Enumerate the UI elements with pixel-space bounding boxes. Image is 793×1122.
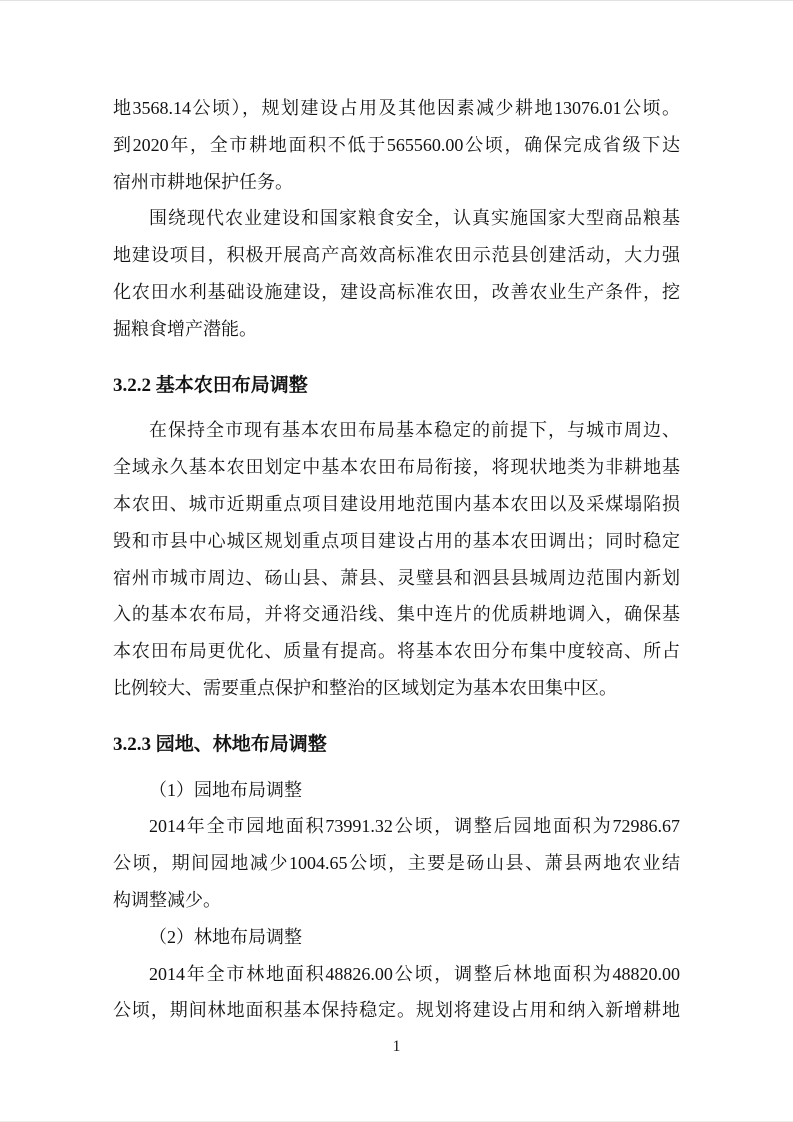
body-line: 到2020年，全市耕地面积不低于565560.00公顷，确保完成省级下达 [113,127,680,164]
body-line: 本农田布局更优化、质量有提高。将基本农田分布集中度较高、所占 [113,633,680,670]
body-line: 化农田水利基础设施建设，建设高标准农田，改善农业生产条件，挖 [113,274,680,311]
body-line: 2014年全市林地面积48826.00公顷，调整后林地面积为48820.00 [113,956,680,993]
document-page: 地3568.14公顷），规划建设占用及其他因素减少耕地13076.01公顷。 到… [0,0,793,1122]
body-line: 构调整减少。 [113,882,680,919]
body-line: 围绕现代农业建设和国家粮食安全，认真实施国家大型商品粮基 [113,200,680,237]
body-line: 地3568.14公顷），规划建设占用及其他因素减少耕地13076.01公顷。 [113,90,680,127]
body-line: 公顷，期间林地面积基本保持稳定。规划将建设占用和纳入新增耕地 [113,992,680,1029]
body-line: 比例较大、需要重点保护和整治的区域划定为基本农田集中区。 [113,670,680,707]
list-item-heading: （2）林地布局调整 [113,919,680,956]
body-line: 地建设项目，积极开展高产高效高标准农田示范县创建活动，大力强 [113,237,680,274]
body-line: 在保持全市现有基本农田布局基本稳定的前提下，与城市周边、 [113,412,680,449]
body-line: 宿州市城市周边、砀山县、萧县、灵璧县和泗县县城周边范围内新划 [113,560,680,597]
body-line: 入的基本农布局，并将交通沿线、集中连片的优质耕地调入，确保基 [113,596,680,633]
body-line: 2014年全市园地面积73991.32公顷，调整后园地面积为72986.67 [113,808,680,845]
body-line: 掘粮食增产潜能。 [113,311,680,348]
list-item-heading: （1）园地布局调整 [113,772,680,809]
body-line: 宿州市耕地保护任务。 [113,164,680,201]
page-number: 1 [0,1037,793,1057]
section-heading-3-2-2: 3.2.2 基本农田布局调整 [113,368,680,405]
body-line: 公顷，期间园地减少1004.65公顷，主要是砀山县、萧县两地农业结 [113,845,680,882]
body-line: 毁和市县中心城区规划重点项目建设占用的基本农田调出；同时稳定 [113,523,680,560]
section-heading-3-2-3: 3.2.3 园地、林地布局调整 [113,727,680,764]
document-body: 地3568.14公顷），规划建设占用及其他因素减少耕地13076.01公顷。 到… [113,90,680,1029]
body-line: 全域永久基本农田划定中基本农田布局衔接，将现状地类为非耕地基 [113,449,680,486]
body-line: 本农田、城市近期重点项目建设用地范围内基本农田以及采煤塌陷损 [113,486,680,523]
